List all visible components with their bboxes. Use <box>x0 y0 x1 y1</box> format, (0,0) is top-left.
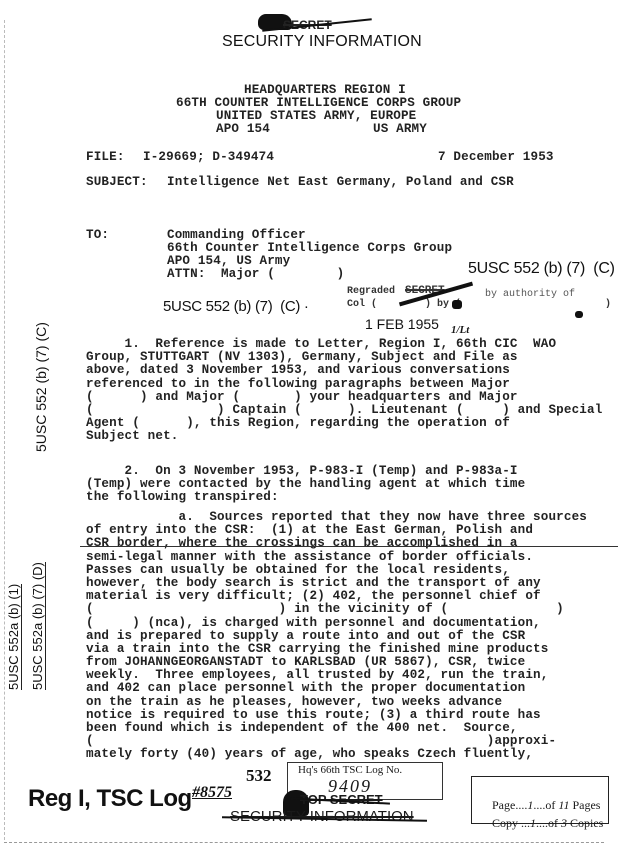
hq-log-label: Hq's 66th TSC Log No. <box>298 764 402 776</box>
body-line: semi-legal manner with the assistance of… <box>86 550 587 563</box>
body-line: 1. Reference is made to Letter, Region I… <box>86 337 602 350</box>
body-line: Subject net. <box>86 429 602 442</box>
paragraph-2a: a. Sources reported that they now have t… <box>86 510 587 761</box>
file-label: FILE: <box>86 150 125 166</box>
to-label: TO: <box>86 228 109 244</box>
paragraph-2: 2. On 3 November 1953, P-983-I (Temp) an… <box>86 464 525 504</box>
page-copy-box: Page....1....of 11 Pages Copy ...1....of… <box>471 776 609 824</box>
copy-suffix: Copies <box>570 816 603 830</box>
strikethrough-border-line <box>80 546 618 547</box>
copy-count-line: Copy ...1....of 3 Copies <box>480 801 603 846</box>
redaction-code-vertical-lower-2: 5USC 552a (b) (7) (D) <box>30 562 46 690</box>
subject-value: Intelligence Net East Germany, Poland an… <box>167 175 514 191</box>
copy-label: Copy <box>492 816 518 830</box>
body-line: and is prepared to supply a route into a… <box>86 629 587 642</box>
regrade-label: Regraded <box>347 285 395 298</box>
redaction-code-vertical-lower-1: 5USC 552a (b) (1) <box>6 584 22 690</box>
body-line: been found which is independent of the 4… <box>86 721 587 734</box>
body-line: CSR border, where the crossings can be a… <box>86 536 587 549</box>
to-line-4: ATTN: Major ( ) <box>167 267 344 283</box>
body-line: 2. On 3 November 1953, P-983-I (Temp) an… <box>86 464 525 477</box>
body-line: from JOHANNGEORGANSTADT to KARLSBAD (UR … <box>86 655 587 668</box>
body-line: ( ) Captain ( ). Lieutenant ( ) and Spec… <box>86 403 602 416</box>
body-line: Group, STUTTGART (NV 1303), Germany, Sub… <box>86 350 602 363</box>
body-line: notice is required to use this route; (3… <box>86 708 587 721</box>
body-line: ( ) in the vicinity of ( ) <box>86 602 587 615</box>
reg-log-label: Reg I, TSC Log <box>28 785 192 813</box>
document-date: 7 December 1953 <box>438 150 554 166</box>
body-line: however, the body search is strict and t… <box>86 576 587 589</box>
reg-log-mark: 532 <box>246 766 272 786</box>
scan-border-left <box>4 20 6 840</box>
body-line: ( )approxi- <box>86 734 587 747</box>
body-line: the following transpired: <box>86 490 525 503</box>
body-line: via a train into the CSR carrying the fi… <box>86 642 587 655</box>
dots: .... <box>536 816 548 830</box>
regrade-annotation: 1/Lt <box>451 324 469 336</box>
body-line: weekly. Three employees, all trusted by … <box>86 668 587 681</box>
body-line: material is very difficult; (2) 402, the… <box>86 589 587 602</box>
file-number: I-29669; D-349474 <box>143 150 274 166</box>
redaction-code-right: 5USC 552 (b) (7) (C) <box>468 260 615 278</box>
body-line: mately forty (40) years of age, who spea… <box>86 747 587 760</box>
body-line: and 402 can place personnel with the pro… <box>86 681 587 694</box>
body-line: on the train as he pleases, however, two… <box>86 695 587 708</box>
regrade-date: 1 FEB 1955 <box>365 316 439 332</box>
classification-label-top: SECURITY INFORMATION <box>222 33 422 51</box>
body-line: ( ) and Major ( ) your headquarters and … <box>86 390 602 403</box>
copy-of: of <box>548 816 558 830</box>
org-apo-left: APO 154 <box>216 122 270 138</box>
paragraph-1: 1. Reference is made to Letter, Region I… <box>86 337 602 443</box>
body-line: Agent ( ), this Region, regarding the op… <box>86 416 602 429</box>
reg-log-number: #8575 <box>192 784 232 802</box>
regrade-line-2: Col ( ) by ( ) <box>347 298 611 311</box>
redaction-code-vertical: 5USC 552 (b) (7) (C) <box>33 322 49 452</box>
body-line: of entry into the CSR: (1) at the East G… <box>86 523 587 536</box>
dots: ... <box>518 816 530 830</box>
regrade-blot <box>452 300 462 309</box>
subject-label: SUBJECT: <box>86 175 148 191</box>
body-line: above, dated 3 November 1953, and variou… <box>86 363 602 376</box>
body-line: a. Sources reported that they now have t… <box>86 510 587 523</box>
copy-total: 3 <box>561 816 567 830</box>
body-line: (Temp) were contacted by the handling ag… <box>86 477 525 490</box>
regrade-blot-right <box>575 311 583 318</box>
org-apo-right: US ARMY <box>373 122 427 138</box>
body-line: Passes can usually be obtained for the l… <box>86 563 587 576</box>
body-line: referenced to in the following paragraph… <box>86 377 602 390</box>
body-line: ( ) (nca), is charged with personnel and… <box>86 616 587 629</box>
redaction-code-left: 5USC 552 (b) (7) (C) · <box>163 298 309 315</box>
